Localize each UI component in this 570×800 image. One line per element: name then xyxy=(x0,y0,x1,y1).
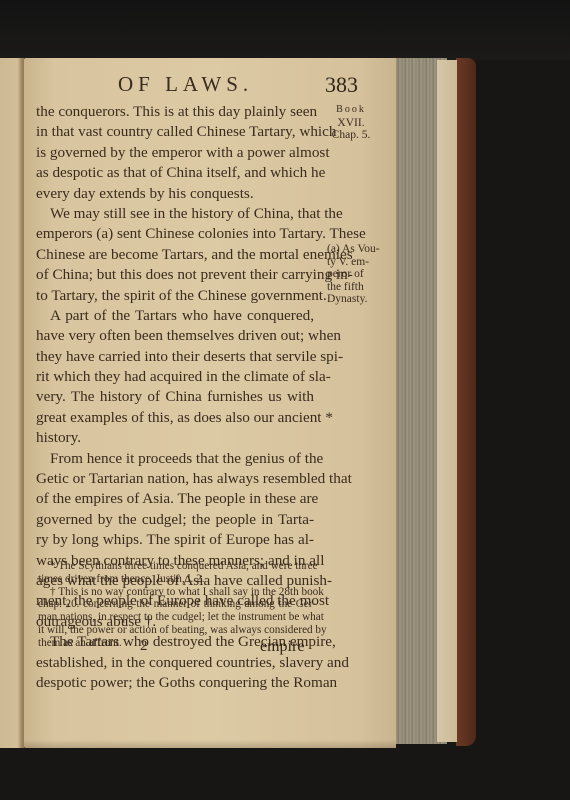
text-line: despotic power; the Goths conquering the… xyxy=(36,673,314,693)
text-line: ry by long whips. The spirit of Europe h… xyxy=(36,530,314,550)
text-line: the conquerors. This is at this day plai… xyxy=(36,102,314,122)
text-line: From hence it proceeds that the genius o… xyxy=(36,449,314,469)
page-number: 383 xyxy=(325,72,358,98)
book-photo: OF LAWS. 383 Book XVII. Chap. 5. (a) As … xyxy=(0,0,570,800)
leather-cover xyxy=(456,58,476,746)
text-line: to Tartary, the spirit of the Chinese go… xyxy=(36,286,314,306)
signature-mark: 2 xyxy=(140,638,148,655)
footnote-line: chap. 20. concerning the manner of think… xyxy=(38,598,316,611)
text-line: is governed by the emperor with a power … xyxy=(36,143,314,163)
catchword: empire xyxy=(260,638,304,656)
footnote-line: * The Scythians three times conquered As… xyxy=(38,560,316,573)
running-head: OF LAWS. xyxy=(118,72,253,97)
margin-book-label: Book xyxy=(326,104,376,117)
text-line: of the empires of Asia. The people in th… xyxy=(36,489,314,509)
side-note-line: Dynasty. xyxy=(327,293,397,306)
text-line: We may still see in the history of China… xyxy=(36,204,314,224)
text-line: rit which they had acquired in the clima… xyxy=(36,367,314,387)
text-line: governed by the cudgel; the people in Ta… xyxy=(36,510,314,530)
text-line: very. The history of China furnishes us … xyxy=(36,387,314,407)
text-line: Chinese are become Tartars, and the mort… xyxy=(36,245,314,265)
text-line: they have carried into their deserts tha… xyxy=(36,347,314,367)
footnote-line: man nations, in respect to the cudgel; l… xyxy=(38,611,316,624)
text-line: of China; but this does not prevent thei… xyxy=(36,265,314,285)
text-line: have very often been themselves driven o… xyxy=(36,326,314,346)
text-line: in that vast country called Chinese Tart… xyxy=(36,122,314,142)
text-line: history. xyxy=(36,428,314,448)
background xyxy=(0,0,570,60)
text-line: as despotic as that of China itself, and… xyxy=(36,163,314,183)
text-line: every day extends by his conquests. xyxy=(36,184,314,204)
text-line: great examples of this, as does also our… xyxy=(36,408,314,428)
footnote-line: † This is no way contrary to what I shal… xyxy=(38,586,316,599)
footnote-line: times driven from thence. Justin, l. 2. xyxy=(38,573,316,586)
page-fore-edge-light xyxy=(437,60,457,742)
text-line: Getic or Tartarian nation, has always re… xyxy=(36,469,314,489)
text-line: A part of the Tartars who have conquered… xyxy=(36,306,314,326)
footnote-line: it will, the power or action of beating,… xyxy=(38,624,316,637)
text-line: emperors (a) sent Chinese colonies into … xyxy=(36,224,314,244)
footnotes: * The Scythians three times conquered As… xyxy=(38,560,316,650)
